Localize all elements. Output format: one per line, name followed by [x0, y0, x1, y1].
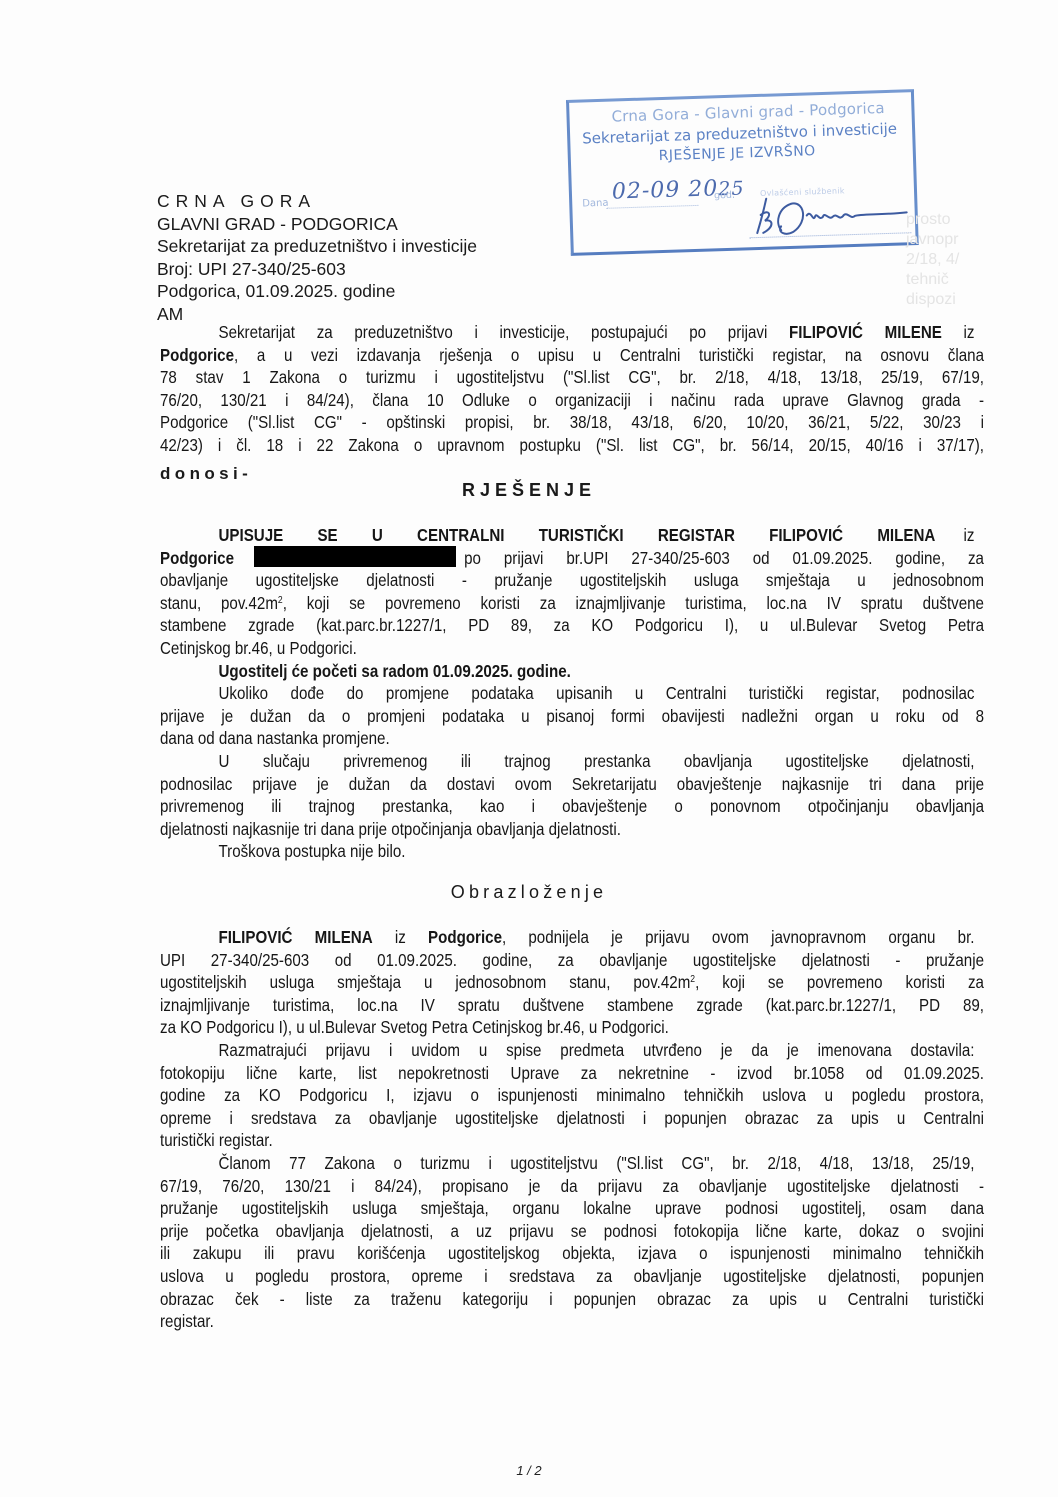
intro-line: Podgorice, a u vezi izdavanja rješenja o… [160, 344, 984, 367]
intro-paragraph: Sekretarijat za preduzetništvo i investi… [160, 321, 984, 457]
reasoning-line: fotokopiju lične karte, list nepokretnos… [160, 1062, 984, 1085]
header-city: GLAVNI GRAD - PODGORICA [157, 213, 477, 236]
intro-line: 42/23) i čl. 18 i 22 Zakona o upravnom p… [160, 434, 984, 457]
reasoning-paragraph: FILIPOVIĆ MILENA iz Podgorice, podnijela… [160, 926, 984, 1333]
document-page: Crna Gora - Glavni grad - Podgorica Sekr… [0, 0, 1058, 1497]
redacted-address-box [254, 546, 456, 567]
reasoning-line: Razmatrajući prijavu i uvidom u spise pr… [160, 1039, 974, 1062]
reasoning-line: 67/19, 76/20, 130/21 i 84/24), propisano… [160, 1175, 984, 1198]
decision-line: UPISUJE SE U CENTRALNI TURISTIČKI REGIST… [160, 524, 974, 547]
reasoning-line: registar. [160, 1310, 984, 1333]
decision-line: privremenog ili trajnog prestanka, kao i… [160, 795, 984, 818]
reasoning-line: pružanje ugostiteljskih usluga smještaja… [160, 1197, 984, 1220]
reasoning-line: obrazac ček - liste za traženu kategorij… [160, 1288, 984, 1311]
decision-line: Ukoliko dođe do promjene podataka upisan… [160, 682, 974, 705]
decision-line: obavljanje ugostiteljske djelatnosti - p… [160, 569, 984, 592]
intro-line: 78 stav 1 Zakona o turizmu i ugostiteljs… [160, 366, 984, 389]
decision-line: U slučaju privremenog ili trajnog presta… [160, 750, 974, 773]
start-date-line: Ugostitelj će početi sa radom 01.09.2025… [160, 660, 974, 683]
decision-line: stanu, pov.42m2, koji se povremeno koris… [160, 592, 984, 615]
stamp-line-3: RJEŠENJE JE IZVRŠNO [659, 143, 816, 164]
reasoning-line: opreme i sredstava za obavljanje ugostit… [160, 1107, 984, 1130]
costs-line: Troškova postupka nije bilo. [160, 840, 974, 863]
stamp-date-line [606, 205, 698, 209]
decision-paragraph: UPISUJE SE U CENTRALNI TURISTIČKI REGIST… [160, 524, 984, 863]
reasoning-line: UPI 27-340/25-603 od 01.09.2025. godine,… [160, 949, 984, 972]
decision-line: stambene zgrade (kat.parc.br.1227/1, PD … [160, 614, 984, 637]
header-place-date: Podgorica, 01.09.2025. godine [157, 280, 477, 303]
enforceability-stamp: Crna Gora - Glavni grad - Podgorica Sekr… [566, 89, 919, 256]
header-department: Sekretarijat za preduzetništvo i investi… [157, 235, 477, 258]
page-number: 1 / 2 [0, 1463, 1058, 1478]
intro-line: Podgorice ("Sl.list CG" - opštinski prop… [160, 411, 984, 434]
decision-line: Cetinjskog br.46, u Podgorici. [160, 637, 984, 660]
header-country: CRNA GORA [157, 190, 477, 213]
intro-line: 76/20, 130/21 i 84/24), člana 10 Odluke … [160, 389, 984, 412]
header-number: Broj: UPI 27-340/25-603 [157, 258, 477, 281]
decision-line: djelatnosti najkasnije tri dana prije ot… [160, 818, 984, 841]
decision-title: RJEŠENJE [0, 480, 1058, 501]
reasoning-line: uslova u pogledu prostora, opreme i sred… [160, 1265, 984, 1288]
stamp-dana-label: Dana [582, 198, 609, 210]
decision-line: dana od dana nastanka promjene. [160, 727, 984, 750]
bleed-through-text: prosto javnopr 2/18, 4/ tehnič dispozi [906, 210, 959, 310]
reasoning-line: prije početka obavljanja djelatnosti, a … [160, 1220, 984, 1243]
stamp-god-label: god. [714, 190, 735, 202]
decision-line: podnosilac prijave je dužan da dostavi o… [160, 773, 984, 796]
reasoning-line: ugostiteljskih usluga smještaja u jednos… [160, 971, 984, 994]
reasoning-line: ili zakupu ili pravu korišćenja ugostite… [160, 1242, 984, 1265]
reasoning-line: FILIPOVIĆ MILENA iz Podgorice, podnijela… [160, 926, 974, 949]
reasoning-title: Obrazloženje [0, 882, 1058, 903]
intro-line: Sekretarijat za preduzetništvo i investi… [160, 321, 974, 344]
reasoning-line: Članom 77 Zakona o turizmu i ugostiteljs… [160, 1152, 974, 1175]
reasoning-line: za KO Podgoricu I), u ul.Bulevar Svetog … [160, 1016, 984, 1039]
decision-line: prijave je dužan da o promjeni podataka … [160, 705, 984, 728]
reasoning-line: turistički registar. [160, 1129, 984, 1152]
document-header: CRNA GORA GLAVNI GRAD - PODGORICA Sekret… [157, 190, 477, 325]
reasoning-line: iznajmljivanje turistima, loc.na IV spra… [160, 994, 984, 1017]
reasoning-line: godine za KO Podgoricu I, izjavu o ispun… [160, 1084, 984, 1107]
